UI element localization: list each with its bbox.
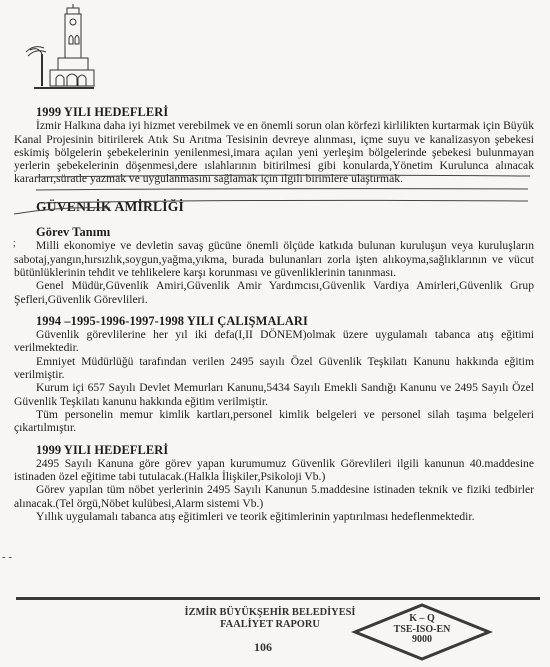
paragraph: İzmir Halkına daha iyi hizmet verebilmek… xyxy=(14,119,534,185)
quality-badge-text: K – Q TSE-ISO-EN 9000 xyxy=(347,614,497,646)
paragraph: Güvenlik görevlilerine her yıl iki defa(… xyxy=(14,328,534,355)
paragraph: Emniyet Müdürlüğü tarafından verilen 249… xyxy=(14,355,534,382)
document-body: 1999 YILI HEDEFLERİ İzmir Halkına daha i… xyxy=(14,106,534,523)
paragraph: 2495 Sayılı Kanuna göre görev yapan kuru… xyxy=(14,457,534,484)
paragraph: Görev yapılan tüm nöbet yerlerinin 2495 … xyxy=(14,483,534,510)
paragraph: Genel Müdür,Güvenlik Amiri,Güvenlik Amir… xyxy=(14,279,534,306)
paragraph: Tüm personelin memur kimlik kartları,per… xyxy=(14,408,534,435)
section-heading: 1994 –1995-1996-1997-1998 YILI ÇALIŞMALA… xyxy=(36,315,534,328)
paragraph: Milli ekonomiye ve devletin savaş gücüne… xyxy=(14,239,534,279)
page-number: 106 xyxy=(254,640,272,655)
footer-rule xyxy=(16,597,540,600)
section-heading: GÜVENLİK AMİRLİĞİ xyxy=(36,200,534,213)
margin-mark: ; xyxy=(13,238,16,249)
paragraph: Kurum içi 657 Sayılı Devlet Memurları Ka… xyxy=(14,381,534,408)
paragraph: Yıllık uygulamalı tabanca atış eğitimler… xyxy=(14,510,534,523)
section-heading: 1999 YILI HEDEFLERİ xyxy=(36,106,534,119)
subsection-heading: Görev Tanımı xyxy=(36,226,534,239)
section-heading: 1999 YILI HEDEFLERİ xyxy=(36,444,534,457)
clock-tower-icon xyxy=(20,4,96,92)
margin-mark: - - xyxy=(2,551,12,563)
